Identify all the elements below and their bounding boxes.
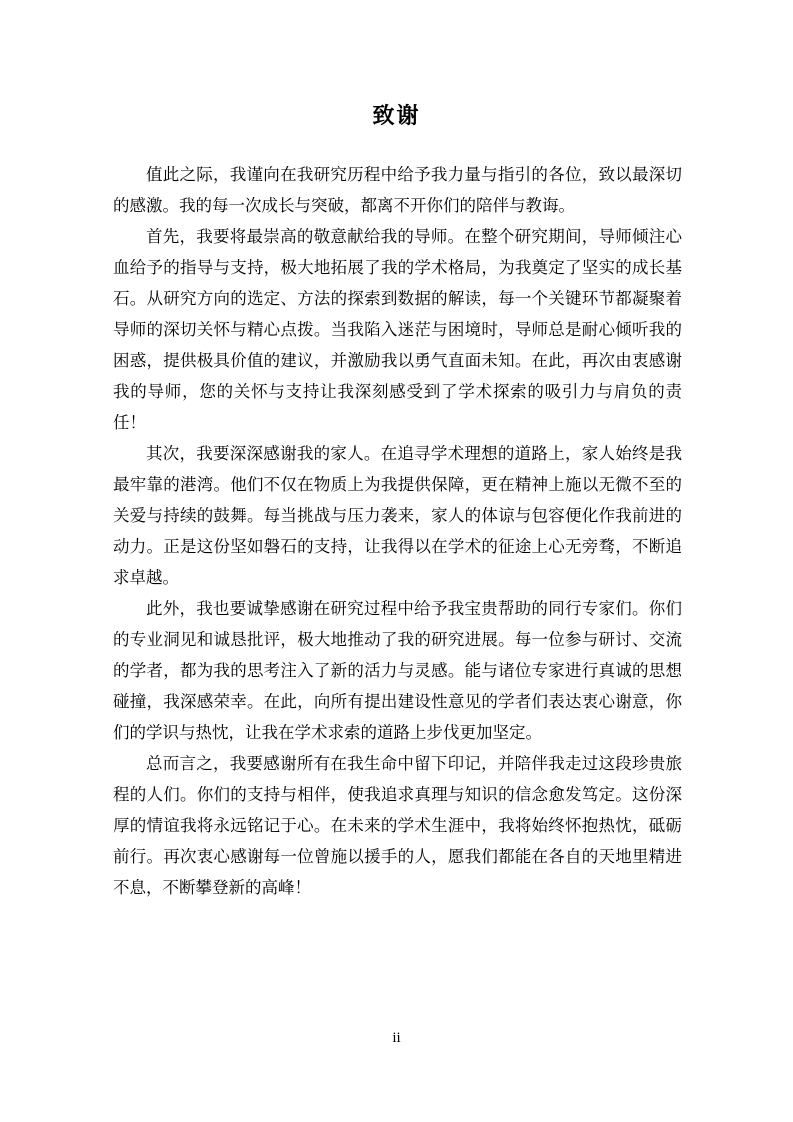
paragraph-intro: 值此之际，我谨向在我研究历程中给予我力量与指引的各位，致以最深切的感激。我的每一… [113, 159, 682, 221]
paragraph-peers: 此外，我也要诚挚感谢在研究过程中给予我宝贵帮助的同行专家们。你们的专业洞见和诚恳… [113, 593, 682, 748]
page-number: ii [0, 1030, 793, 1046]
paragraph-closing: 总而言之，我要感谢所有在我生命中留下印记，并陪伴我走过这段珍贵旅程的人们。你们的… [113, 748, 682, 903]
document-page: 致谢 值此之际，我谨向在我研究历程中给予我力量与指引的各位，致以最深切的感激。我… [0, 0, 793, 1122]
paragraph-advisor: 首先，我要将最崇高的敬意献给我的导师。在整个研究期间，导师倾注心血给予的指导与支… [113, 221, 682, 438]
paragraph-family: 其次，我要深深感谢我的家人。在追寻学术理想的道路上，家人始终是我最牢靠的港湾。他… [113, 438, 682, 593]
body-text: 值此之际，我谨向在我研究历程中给予我力量与指引的各位，致以最深切的感激。我的每一… [113, 159, 682, 903]
page-title: 致谢 [0, 102, 793, 130]
